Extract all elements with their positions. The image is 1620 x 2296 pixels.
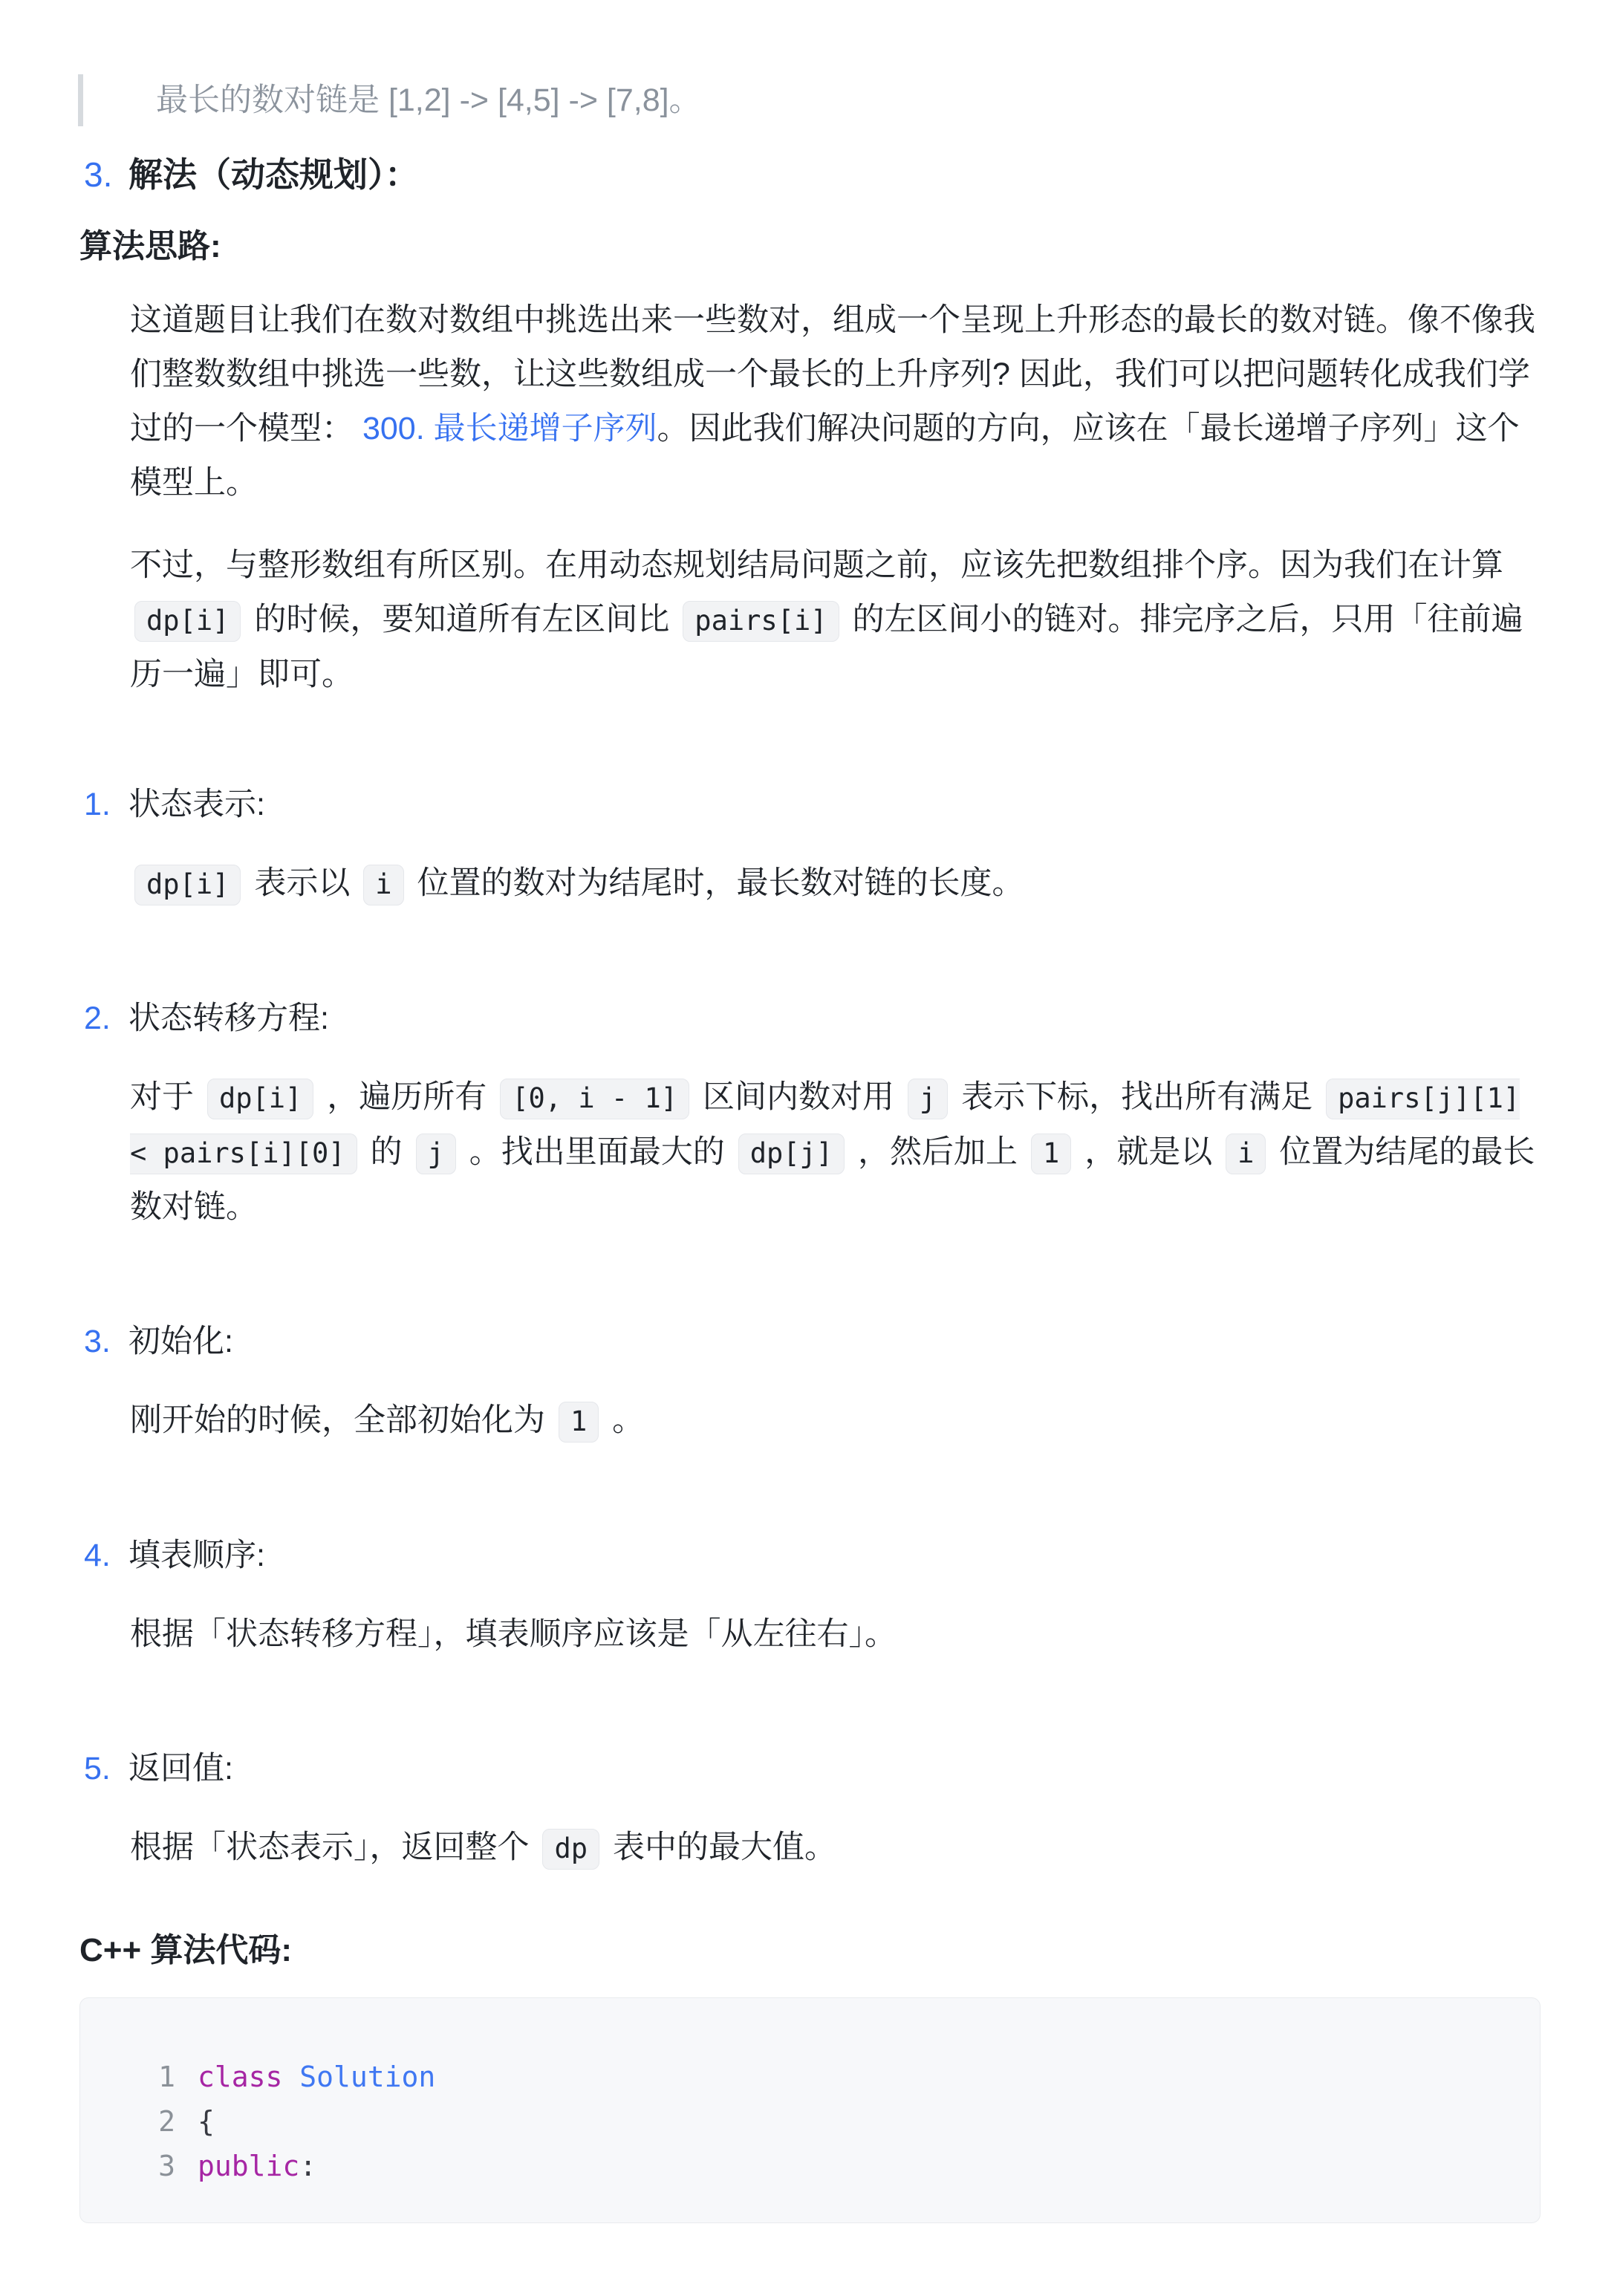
section-number: 3. (84, 154, 129, 195)
text-run: 对于 (130, 1079, 203, 1115)
step-3-label: 初始化: (129, 1324, 233, 1359)
inline-code: i (1226, 1134, 1266, 1174)
step-3-header: 3.初始化: (79, 1321, 1541, 1362)
code-line-2: 2 { (80, 2099, 1540, 2144)
inline-code: 1 (1031, 1134, 1071, 1174)
code-content-3: public: (198, 2144, 316, 2188)
step-1-header: 1.状态表示: (79, 784, 1541, 825)
text-run: 不过，与整形数组有所区别。在用动态规划结局问题之前，应该先把数组排个序。因为我们… (130, 547, 1503, 583)
step-5-label: 返回值: (129, 1751, 233, 1786)
code-token-title: Solution (299, 2061, 435, 2093)
section-title: 解法（动态规划）： (129, 155, 419, 194)
step-1-label: 状态表示: (129, 787, 265, 822)
step-5-header: 5.返回值: (79, 1748, 1541, 1789)
bottom-whitespace (79, 2223, 1541, 2296)
step-3-paragraph: 刚开始的时候，全部初始化为 1 。 (130, 1393, 1541, 1448)
text-run: 的时候，要知道所有左区间比 (245, 602, 678, 637)
idea-paragraph-1: 这道题目让我们在数对数组中挑选出来一些数对，组成一个呈现上升形态的最长的数对链。… (130, 293, 1541, 510)
subheading-algorithm-idea: 算法思路: (79, 228, 1541, 265)
step-2-number: 2. (84, 998, 129, 1039)
inline-code: pairs[i] (683, 601, 839, 642)
inline-code: j (908, 1079, 948, 1119)
text-run: 表中的最大值。 (604, 1830, 836, 1865)
subheading-cpp-code: C++ 算法代码: (79, 1932, 1541, 1969)
blockquote-text: 最长的数对链是 [1,2] -> [4,5] -> [7,8]。 (156, 82, 701, 118)
text-run: 表示以 (245, 865, 359, 901)
step-1-number: 1. (84, 784, 129, 825)
inline-code: dp (542, 1829, 599, 1870)
text-run: 。 (603, 1402, 644, 1438)
code-content-1: class Solution (198, 2055, 435, 2099)
code-token-keyword: public (198, 2150, 299, 2182)
text-run: 表示下标，找出所有满足 (952, 1079, 1321, 1115)
step-4-number: 4. (84, 1535, 129, 1576)
step-2-paragraph: 对于 dp[i] ，遍历所有 [0, i - 1] 区间内数对用 j 表示下标，… (130, 1070, 1541, 1235)
text-run: 位置的数对为结尾时，最长数对链的长度。 (409, 865, 1024, 901)
step-item-1: 1.状态表示: dp[i] 表示以 i 位置的数对为结尾时，最长数对链的长度。 (79, 784, 1541, 911)
inline-code: dp[i] (134, 601, 241, 642)
code-token-keyword: class (198, 2061, 282, 2093)
text-run: ，然后加上 (849, 1134, 1027, 1170)
code-block: 1 class Solution 2 { 3 public: (79, 1997, 1541, 2223)
steps-list: 1.状态表示: dp[i] 表示以 i 位置的数对为结尾时，最长数对链的长度。 … (79, 784, 1541, 1876)
text-run: ，遍历所有 (318, 1079, 495, 1115)
link-300-longest-increasing-subsequence[interactable]: 300. 最长递增子序列 (362, 411, 657, 446)
section-heading: 3.解法（动态规划）： (79, 154, 1541, 195)
inline-code: dp[i] (207, 1079, 313, 1119)
line-number-1: 1 (80, 2055, 175, 2099)
inline-code: [0, i - 1] (500, 1079, 689, 1119)
text-run: 根据「状态转移方程」，填表顺序应该是「从左往右」。 (130, 1616, 897, 1652)
step-5-paragraph: 根据「状态表示」，返回整个 dp 表中的最大值。 (130, 1821, 1541, 1876)
idea-paragraph-2: 不过，与整形数组有所区别。在用动态规划结局问题之前，应该先把数组排个序。因为我们… (130, 539, 1541, 702)
code-token-plain: { (198, 2105, 215, 2138)
step-item-5: 5.返回值: 根据「状态表示」，返回整个 dp 表中的最大值。 (79, 1748, 1541, 1876)
text-run: 刚开始的时候，全部初始化为 (130, 1402, 554, 1438)
code-line-3: 3 public: (80, 2144, 1540, 2188)
step-item-4: 4.填表顺序: 根据「状态转移方程」，填表顺序应该是「从左往右」。 (79, 1535, 1541, 1662)
step-5-number: 5. (84, 1748, 129, 1789)
step-2-header: 2.状态转移方程: (79, 998, 1541, 1039)
inline-code: 1 (559, 1402, 599, 1443)
text-run: 的 (362, 1134, 411, 1170)
inline-code: i (363, 865, 403, 905)
code-line-1: 1 class Solution (80, 2055, 1540, 2099)
step-4-label: 填表顺序: (129, 1538, 265, 1573)
step-3-number: 3. (84, 1321, 129, 1362)
text-run: 。找出里面最大的 (461, 1134, 734, 1170)
example-blockquote: 最长的数对链是 [1,2] -> [4,5] -> [7,8]。 (78, 74, 1541, 126)
step-1-paragraph: dp[i] 表示以 i 位置的数对为结尾时，最长数对链的长度。 (130, 856, 1541, 911)
step-2-label: 状态转移方程: (129, 1001, 329, 1036)
inline-code: j (416, 1134, 456, 1174)
article-page: 最长的数对链是 [1,2] -> [4,5] -> [7,8]。 3.解法（动态… (0, 0, 1620, 2296)
code-token-plain: : (299, 2150, 316, 2182)
text-run: 区间内数对用 (694, 1079, 903, 1115)
code-token-plain (282, 2061, 299, 2093)
line-number-3: 3 (80, 2144, 175, 2188)
step-4-paragraph: 根据「状态转移方程」，填表顺序应该是「从左往右」。 (130, 1607, 1541, 1662)
step-item-3: 3.初始化: 刚开始的时候，全部初始化为 1 。 (79, 1321, 1541, 1448)
step-item-2: 2.状态转移方程: 对于 dp[i] ，遍历所有 [0, i - 1] 区间内数… (79, 998, 1541, 1235)
step-4-header: 4.填表顺序: (79, 1535, 1541, 1576)
text-run: 根据「状态表示」，返回整个 (130, 1830, 538, 1865)
code-content-2: { (198, 2099, 215, 2144)
line-number-2: 2 (80, 2099, 175, 2144)
inline-code: dp[i] (134, 865, 241, 905)
text-run: ，就是以 (1076, 1134, 1221, 1170)
inline-code: dp[j] (738, 1134, 845, 1174)
